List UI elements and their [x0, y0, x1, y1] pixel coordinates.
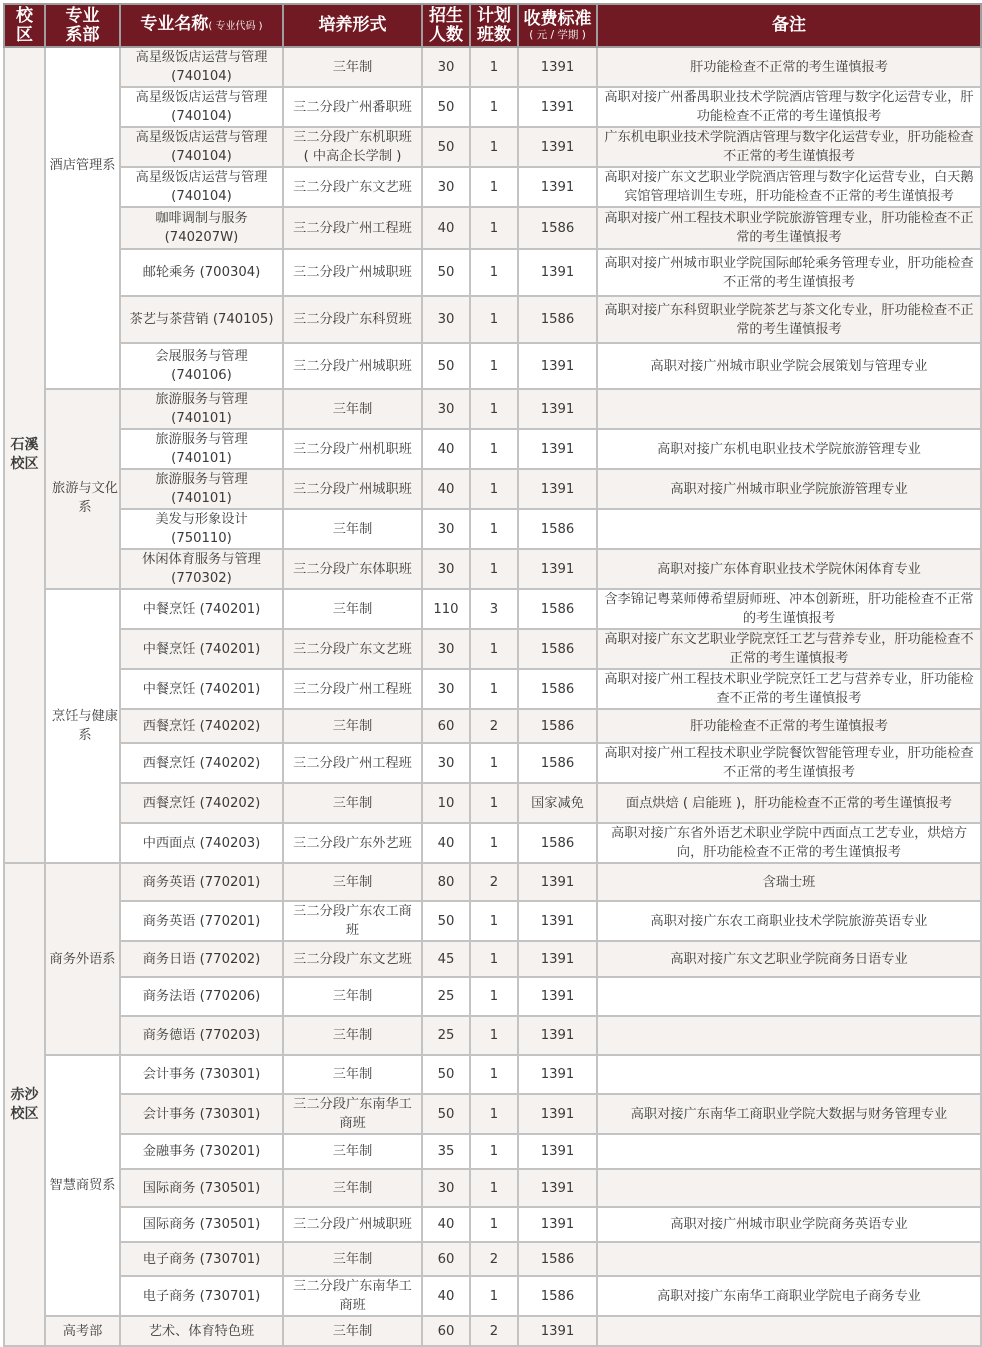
classes-cell: 1: [470, 1169, 518, 1207]
table-row: 会计事务 (730301) 三二分段广东南华工商班 50 1 1391 高职对接…: [4, 1094, 981, 1134]
fee-cell: 1586: [518, 207, 597, 249]
enroll-cell: 60: [422, 709, 470, 743]
major-cell: 高星级饭店运营与管理 (740104): [120, 47, 283, 87]
major-cell: 商务德语 (770203): [120, 1016, 283, 1055]
table-row: 电子商务 (730701) 三二分段广东南华工商班 40 1 1586 高职对接…: [4, 1276, 981, 1316]
table-row: 商务德语 (770203) 三年制 25 1 1391: [4, 1016, 981, 1055]
fee-cell: 1391: [518, 389, 597, 429]
remark-cell: 肝功能检查不正常的考生谨慎报考: [597, 47, 981, 87]
header-remark: 备注: [597, 4, 981, 47]
major-cell: 邮轮乘务 (700304): [120, 249, 283, 296]
enroll-cell: 50: [422, 901, 470, 941]
table-row: 旅游服务与管理 (740101) 三二分段广州城职班 40 1 1391 高职对…: [4, 469, 981, 509]
fee-cell: 1586: [518, 509, 597, 549]
classes-cell: 1: [470, 296, 518, 343]
classes-cell: 1: [470, 1055, 518, 1094]
major-cell: 中西面点 (740203): [120, 823, 283, 863]
remark-cell: [597, 509, 981, 549]
major-cell: 会计事务 (730301): [120, 1094, 283, 1134]
table-row: 西餐烹饪 (740202) 三年制 60 2 1586 肝功能检查不正常的考生谨…: [4, 709, 981, 743]
major-cell: 商务法语 (770206): [120, 977, 283, 1016]
table-row: 西餐烹饪 (740202) 三年制 10 1 国家减免 面点烘焙 ( 启能班 )…: [4, 783, 981, 823]
remark-cell: [597, 1055, 981, 1094]
classes-cell: 1: [470, 1276, 518, 1316]
form-cell: 三年制: [283, 1055, 422, 1094]
form-cell: 三年制: [283, 47, 422, 87]
enroll-cell: 50: [422, 87, 470, 127]
major-cell: 会展服务与管理 (740106): [120, 343, 283, 389]
enroll-cell: 30: [422, 669, 470, 709]
table-row: 高星级饭店运营与管理 (740104) 三二分段广东机职班 ( 中高企长学制 )…: [4, 127, 981, 167]
fee-cell: 1391: [518, 901, 597, 941]
remark-cell: 含瑞士班: [597, 863, 981, 901]
classes-cell: 1: [470, 207, 518, 249]
fee-cell: 1586: [518, 709, 597, 743]
form-cell: 三二分段广东农工商班: [283, 901, 422, 941]
enroll-cell: 30: [422, 549, 470, 589]
major-cell: 美发与形象设计 (750110): [120, 509, 283, 549]
remark-cell: [597, 1242, 981, 1276]
enroll-cell: 60: [422, 1242, 470, 1276]
major-cell: 金融事务 (730201): [120, 1134, 283, 1169]
table-row: 中西面点 (740203) 三二分段广东外艺班 40 1 1586 高职对接广东…: [4, 823, 981, 863]
fee-cell: 1391: [518, 343, 597, 389]
fee-cell: 1586: [518, 823, 597, 863]
fee-cell: 1586: [518, 296, 597, 343]
fee-cell: 1391: [518, 127, 597, 167]
classes-cell: 2: [470, 1316, 518, 1333]
table-row: 高星级饭店运营与管理 (740104) 三二分段广东文艺班 30 1 1391 …: [4, 167, 981, 207]
form-cell: 三年制: [283, 1016, 422, 1055]
remark-cell: 高职对接广州城市职业学院商务英语专业: [597, 1207, 981, 1242]
enroll-cell: 35: [422, 1134, 470, 1169]
form-cell: 三二分段广州城职班: [283, 249, 422, 296]
major-cell: 商务英语 (770201): [120, 901, 283, 941]
table-row: 国际商务 (730501) 三年制 30 1 1391: [4, 1169, 981, 1207]
major-cell: 中餐烹饪 (740201): [120, 629, 283, 669]
form-cell: 三年制: [283, 1134, 422, 1169]
table-row: 烹饪与健康系 中餐烹饪 (740201) 三年制 110 3 1586 含李锦记…: [4, 589, 981, 629]
enroll-cell: 50: [422, 1055, 470, 1094]
classes-cell: 1: [470, 167, 518, 207]
form-cell: 三年制: [283, 863, 422, 901]
enroll-cell: 40: [422, 1207, 470, 1242]
form-cell: 三年制: [283, 709, 422, 743]
enroll-cell: 50: [422, 127, 470, 167]
classes-cell: 1: [470, 901, 518, 941]
enroll-cell: 40: [422, 469, 470, 509]
major-cell: 中餐烹饪 (740201): [120, 669, 283, 709]
enroll-cell: 30: [422, 389, 470, 429]
major-cell: 国际商务 (730501): [120, 1207, 283, 1242]
fee-cell: 1586: [518, 1276, 597, 1316]
form-cell: 三年制: [283, 589, 422, 629]
remark-cell: 高职对接广州工程技术职业学院旅游管理专业，肝功能检查不正常的考生谨慎报考: [597, 207, 981, 249]
fee-cell: 1391: [518, 249, 597, 296]
form-cell: 三年制: [283, 977, 422, 1016]
remark-cell: 高职对接广东南华工商职业学院大数据与财务管理专业: [597, 1094, 981, 1134]
form-cell: 三二分段广东科贸班: [283, 296, 422, 343]
major-cell: 休闲体育服务与管理 (770302): [120, 549, 283, 589]
remark-cell: 广东机电职业技术学院酒店管理与数字化运营专业，肝功能检查不正常的考生谨慎报考: [597, 127, 981, 167]
remark-cell: [597, 1016, 981, 1055]
enroll-cell: 30: [422, 296, 470, 343]
classes-cell: 1: [470, 941, 518, 977]
fee-cell: 1391: [518, 1055, 597, 1094]
table-row: 商务日语 (770202) 三二分段广东文艺班 45 1 1391 高职对接广东…: [4, 941, 981, 977]
classes-cell: 1: [470, 1134, 518, 1169]
major-cell: 高星级饭店运营与管理 (740104): [120, 127, 283, 167]
header-major: 专业名称( 专业代码 ): [120, 4, 283, 47]
major-cell: 旅游服务与管理 (740101): [120, 469, 283, 509]
form-cell: 三年制: [283, 389, 422, 429]
major-cell: 旅游服务与管理 (740101): [120, 429, 283, 469]
classes-cell: 1: [470, 629, 518, 669]
enroll-cell: 30: [422, 1169, 470, 1207]
major-cell: 会计事务 (730301): [120, 1055, 283, 1094]
remark-cell: [597, 1316, 981, 1333]
major-cell: 西餐烹饪 (740202): [120, 783, 283, 823]
form-cell: 三二分段广东体职班: [283, 549, 422, 589]
table-row: 旅游与文化系 旅游服务与管理 (740101) 三年制 30 1 1391: [4, 389, 981, 429]
form-cell: 三二分段广州工程班: [283, 669, 422, 709]
fee-cell: 1391: [518, 469, 597, 509]
major-cell: 电子商务 (730701): [120, 1242, 283, 1276]
major-cell: 旅游服务与管理 (740101): [120, 389, 283, 429]
remark-cell: 高职对接广东南华工商职业学院电子商务专业: [597, 1276, 981, 1316]
table-row: 邮轮乘务 (700304) 三二分段广州城职班 50 1 1391 高职对接广州…: [4, 249, 981, 296]
form-cell: 三年制: [283, 509, 422, 549]
classes-cell: 1: [470, 1016, 518, 1055]
classes-cell: 1: [470, 669, 518, 709]
form-cell: 三二分段广州城职班: [283, 469, 422, 509]
table-row: 国际商务 (730501) 三二分段广州城职班 40 1 1391 高职对接广州…: [4, 1207, 981, 1242]
table-row: 美发与形象设计 (750110) 三年制 30 1 1586: [4, 509, 981, 549]
enroll-cell: 25: [422, 1016, 470, 1055]
fee-cell: 1391: [518, 429, 597, 469]
fee-cell: 1586: [518, 669, 597, 709]
header-enroll: 招生人数: [422, 4, 470, 47]
fee-cell: 1586: [518, 629, 597, 669]
major-cell: 高星级饭店运营与管理 (740104): [120, 87, 283, 127]
form-cell: 三年制: [283, 783, 422, 823]
campus-cell: 赤沙校区: [4, 863, 45, 1333]
header-fee: 收费标准( 元 / 学期 ): [518, 4, 597, 47]
fee-cell: 国家减免: [518, 783, 597, 823]
enroll-cell: 25: [422, 977, 470, 1016]
classes-cell: 1: [470, 977, 518, 1016]
form-cell: 三二分段广州工程班: [283, 207, 422, 249]
classes-cell: 1: [470, 249, 518, 296]
fee-cell: 1391: [518, 87, 597, 127]
enroll-cell: 30: [422, 509, 470, 549]
classes-cell: 1: [470, 343, 518, 389]
major-cell: 咖啡调制与服务 (740207W): [120, 207, 283, 249]
dept-cell: 商务外语系: [45, 863, 120, 1055]
classes-cell: 1: [470, 783, 518, 823]
fee-cell: 1391: [518, 549, 597, 589]
table-row: 商务法语 (770206) 三年制 25 1 1391: [4, 977, 981, 1016]
remark-cell: 高职对接广州城市职业学院会展策划与管理专业: [597, 343, 981, 389]
dept-cell: 智慧商贸系: [45, 1055, 120, 1316]
enroll-cell: 40: [422, 1276, 470, 1316]
table-row: 金融事务 (730201) 三年制 35 1 1391: [4, 1134, 981, 1169]
fee-cell: 1391: [518, 941, 597, 977]
enroll-cell: 30: [422, 167, 470, 207]
fee-cell: 1391: [518, 977, 597, 1016]
enroll-cell: 40: [422, 429, 470, 469]
classes-cell: 1: [470, 1207, 518, 1242]
enroll-cell: 10: [422, 783, 470, 823]
table-row: 茶艺与茶营销 (740105) 三二分段广东科贸班 30 1 1586 高职对接…: [4, 296, 981, 343]
remark-cell: 高职对接广东机电职业技术学院旅游管理专业: [597, 429, 981, 469]
header-major-sub: ( 专业代码 ): [208, 21, 262, 32]
remark-cell: 高职对接广东文艺职业学院商务日语专业: [597, 941, 981, 977]
classes-cell: 1: [470, 823, 518, 863]
form-cell: 三二分段广州番职班: [283, 87, 422, 127]
table-row: 咖啡调制与服务 (740207W) 三二分段广州工程班 40 1 1586 高职…: [4, 207, 981, 249]
header-form: 培养形式: [283, 4, 422, 47]
table-row: 西餐烹饪 (740202) 三二分段广州工程班 30 1 1586 高职对接广州…: [4, 743, 981, 783]
fee-cell: 1586: [518, 1242, 597, 1276]
form-cell: 三二分段广州机职班: [283, 429, 422, 469]
remark-cell: [597, 1134, 981, 1169]
form-cell: 三二分段广州工程班: [283, 743, 422, 783]
form-cell: 三二分段广东南华工商班: [283, 1276, 422, 1316]
form-cell: 三年制: [283, 1316, 422, 1333]
table-header-row: 校区 专业系部 专业名称( 专业代码 ) 培养形式 招生人数 计划班数 收费标准…: [4, 4, 981, 47]
table-row: 智慧商贸系 会计事务 (730301) 三年制 50 1 1391: [4, 1055, 981, 1094]
classes-cell: 2: [470, 1242, 518, 1276]
form-cell: 三年制: [283, 1169, 422, 1207]
remark-cell: 高职对接广东文艺职业学院烹饪工艺与营养专业，肝功能检查不正常的考生谨慎报考: [597, 629, 981, 669]
fee-cell: 1391: [518, 167, 597, 207]
header-dept: 专业系部: [45, 4, 120, 47]
header-classes: 计划班数: [470, 4, 518, 47]
table-row: 休闲体育服务与管理 (770302) 三二分段广东体职班 30 1 1391 高…: [4, 549, 981, 589]
classes-cell: 1: [470, 469, 518, 509]
remark-cell: 高职对接广州番禺职业技术学院酒店管理与数字化运营专业，肝功能检查不正常的考生谨慎…: [597, 87, 981, 127]
remark-cell: 高职对接广东科贸职业学院茶艺与茶文化专业，肝功能检查不正常的考生谨慎报考: [597, 296, 981, 343]
table-row: 商务英语 (770201) 三二分段广东农工商班 50 1 1391 高职对接广…: [4, 901, 981, 941]
classes-cell: 2: [470, 863, 518, 901]
classes-cell: 1: [470, 389, 518, 429]
fee-cell: 1586: [518, 589, 597, 629]
enroll-cell: 80: [422, 863, 470, 901]
campus-cell: 石溪校区: [4, 47, 45, 863]
remark-cell: 含李锦记粤菜师傅希望厨师班、冲本创新班，肝功能检查不正常的考生谨慎报考: [597, 589, 981, 629]
enroll-cell: 40: [422, 823, 470, 863]
fee-cell: 1391: [518, 1316, 597, 1333]
table-row: 高考部 艺术、体育特色班 三年制 60 2 1391: [4, 1316, 981, 1333]
major-cell: 西餐烹饪 (740202): [120, 743, 283, 783]
major-cell: 商务日语 (770202): [120, 941, 283, 977]
enrollment-table: 校区 专业系部 专业名称( 专业代码 ) 培养形式 招生人数 计划班数 收费标准…: [3, 3, 982, 1333]
table-row: 赤沙校区 商务外语系 商务英语 (770201) 三年制 80 2 1391 含…: [4, 863, 981, 901]
form-cell: 三二分段广州城职班: [283, 343, 422, 389]
fee-cell: 1391: [518, 1094, 597, 1134]
form-cell: 三二分段广东外艺班: [283, 823, 422, 863]
major-cell: 西餐烹饪 (740202): [120, 709, 283, 743]
enroll-cell: 30: [422, 47, 470, 87]
table-row: 电子商务 (730701) 三年制 60 2 1586: [4, 1242, 981, 1276]
enroll-cell: 50: [422, 249, 470, 296]
classes-cell: 1: [470, 47, 518, 87]
remark-cell: 高职对接广州工程技术职业学院餐饮智能管理专业，肝功能检查不正常的考生谨慎报考: [597, 743, 981, 783]
enroll-cell: 45: [422, 941, 470, 977]
classes-cell: 1: [470, 429, 518, 469]
form-cell: 三二分段广东文艺班: [283, 167, 422, 207]
dept-cell: 高考部: [45, 1316, 120, 1333]
fee-cell: 1391: [518, 1207, 597, 1242]
major-cell: 茶艺与茶营销 (740105): [120, 296, 283, 343]
major-cell: 中餐烹饪 (740201): [120, 589, 283, 629]
remark-cell: 高职对接广东省外语艺术职业学院中西面点工艺专业，烘焙方向，肝功能检查不正常的考生…: [597, 823, 981, 863]
table-row: 中餐烹饪 (740201) 三二分段广东文艺班 30 1 1586 高职对接广东…: [4, 629, 981, 669]
enroll-cell: 50: [422, 1094, 470, 1134]
enroll-cell: 50: [422, 343, 470, 389]
remark-cell: [597, 977, 981, 1016]
form-cell: 三二分段广东文艺班: [283, 629, 422, 669]
remark-cell: 肝功能检查不正常的考生谨慎报考: [597, 709, 981, 743]
remark-cell: 高职对接广州城市职业学院旅游管理专业: [597, 469, 981, 509]
enroll-cell: 110: [422, 589, 470, 629]
enroll-cell: 30: [422, 629, 470, 669]
remark-cell: [597, 1169, 981, 1207]
classes-cell: 1: [470, 1094, 518, 1134]
table-row: 高星级饭店运营与管理 (740104) 三二分段广州番职班 50 1 1391 …: [4, 87, 981, 127]
classes-cell: 1: [470, 127, 518, 167]
form-cell: 三年制: [283, 1242, 422, 1276]
major-cell: 电子商务 (730701): [120, 1276, 283, 1316]
major-cell: 国际商务 (730501): [120, 1169, 283, 1207]
form-cell: 三二分段广州城职班: [283, 1207, 422, 1242]
remark-cell: [597, 389, 981, 429]
enroll-cell: 60: [422, 1316, 470, 1333]
dept-cell: 旅游与文化系: [45, 389, 120, 589]
major-cell: 艺术、体育特色班: [120, 1316, 283, 1333]
remark-cell: 高职对接广州工程技术职业学院烹饪工艺与营养专业，肝功能检查不正常的考生谨慎报考: [597, 669, 981, 709]
remark-cell: 高职对接广东文艺职业学院酒店管理与数字化运营专业，白天鹅宾馆管理培训生专班，肝功…: [597, 167, 981, 207]
dept-cell: 烹饪与健康系: [45, 589, 120, 863]
table-row: 中餐烹饪 (740201) 三二分段广州工程班 30 1 1586 高职对接广州…: [4, 669, 981, 709]
form-cell: 三二分段广东文艺班: [283, 941, 422, 977]
remark-cell: 面点烘焙 ( 启能班 )，肝功能检查不正常的考生谨慎报考: [597, 783, 981, 823]
classes-cell: 1: [470, 87, 518, 127]
table-row: 旅游服务与管理 (740101) 三二分段广州机职班 40 1 1391 高职对…: [4, 429, 981, 469]
classes-cell: 1: [470, 743, 518, 783]
classes-cell: 1: [470, 549, 518, 589]
fee-cell: 1586: [518, 743, 597, 783]
remark-cell: 高职对接广州城市职业学院国际邮轮乘务管理专业，肝功能检查不正常的考生谨慎报考: [597, 249, 981, 296]
fee-cell: 1391: [518, 1016, 597, 1055]
form-cell: 三二分段广东南华工商班: [283, 1094, 422, 1134]
remark-cell: 高职对接广东体育职业技术学院休闲体育专业: [597, 549, 981, 589]
major-cell: 高星级饭店运营与管理 (740104): [120, 167, 283, 207]
major-cell: 商务英语 (770201): [120, 863, 283, 901]
form-cell: 三二分段广东机职班 ( 中高企长学制 ): [283, 127, 422, 167]
classes-cell: 1: [470, 509, 518, 549]
enroll-cell: 30: [422, 743, 470, 783]
classes-cell: 3: [470, 589, 518, 629]
dept-cell: 酒店管理系: [45, 47, 120, 389]
table-row: 会展服务与管理 (740106) 三二分段广州城职班 50 1 1391 高职对…: [4, 343, 981, 389]
enroll-cell: 40: [422, 207, 470, 249]
fee-cell: 1391: [518, 47, 597, 87]
table-row: 石溪校区 酒店管理系 高星级饭店运营与管理 (740104) 三年制 30 1 …: [4, 47, 981, 87]
fee-cell: 1391: [518, 1169, 597, 1207]
fee-cell: 1391: [518, 1134, 597, 1169]
header-campus: 校区: [4, 4, 45, 47]
remark-cell: 高职对接广东农工商职业技术学院旅游英语专业: [597, 901, 981, 941]
classes-cell: 2: [470, 709, 518, 743]
fee-cell: 1391: [518, 863, 597, 901]
